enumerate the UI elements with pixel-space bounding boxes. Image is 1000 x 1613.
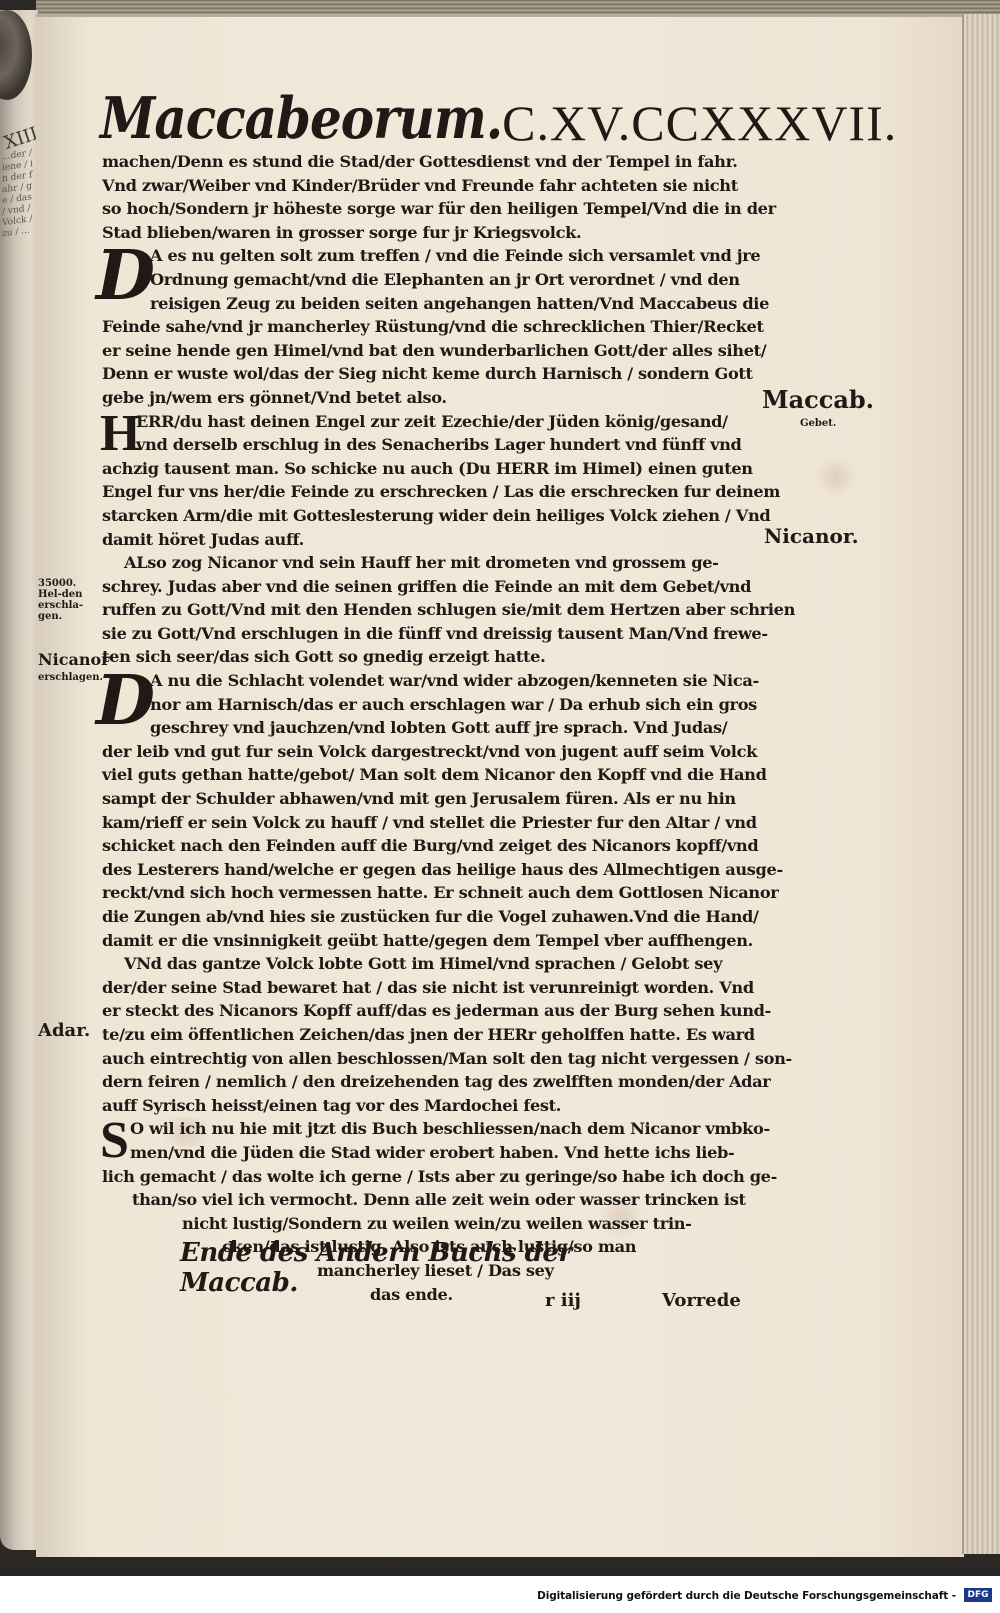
right-page-edges xyxy=(962,14,1000,1554)
text-line: nor am Harnisch/das er auch erschlagen w… xyxy=(102,693,742,717)
text-line: viel guts gethan hatte/gebot/ Man solt d… xyxy=(102,763,742,787)
text-line: dern feiren / nemlich / den dreizehenden… xyxy=(102,1070,742,1094)
dropcap-letter: H xyxy=(100,410,140,458)
text-line: schicket nach den Feinden auff die Burg/… xyxy=(102,834,742,858)
previous-page-curl: XIII ...der / iene / in der fahr / ge / … xyxy=(0,10,38,1550)
margin-note-nicanor: Nicanor. xyxy=(764,524,859,548)
paragraph-d2: D A nu die Schlacht volendet war/vnd wid… xyxy=(102,669,742,740)
folio-number: CCXXXVII. xyxy=(631,94,897,152)
text-line: damit höret Judas auff. xyxy=(102,528,742,552)
margin-note-gebet: Gebet. xyxy=(800,418,836,429)
running-head-title: Maccabeorum. xyxy=(100,84,502,152)
margin-note-adar: Adar. xyxy=(38,1020,90,1041)
text-line: machen/Denn es stund die Stad/der Gottes… xyxy=(102,150,742,174)
text-line: gebe jn/wem ers gönnet/Vnd betet also. xyxy=(102,386,742,410)
text-line: Feinde sahe/vnd jr mancherley Rüstung/vn… xyxy=(102,315,742,339)
end-of-book-title: Ende des Andern Buchs der Maccab. xyxy=(180,1238,640,1298)
paragraph-h: H ERR/du hast deinen Engel zur zeit Ezec… xyxy=(102,410,742,457)
text-line: der leib vnd gut fur sein Volck dargestr… xyxy=(102,740,742,764)
dropcap-letter: D xyxy=(96,242,155,310)
previous-page-text: ...der / iene / in der fahr / ge / das /… xyxy=(2,148,36,241)
text-line: A es nu gelten solt zum treffen / vnd di… xyxy=(102,244,742,268)
dropcap-letter: D xyxy=(96,667,155,735)
text-line: sampt der Schulder abhawen/vnd mit gen J… xyxy=(102,787,742,811)
text-line: so hoch/Sondern jr höheste sorge war für… xyxy=(102,197,742,221)
text-line: vnd derselb erschlug in des Senacheribs … xyxy=(102,433,742,457)
chapter-number: C.XV. xyxy=(502,94,631,152)
text-line: der/der seine Stad bewaret hat / das sie… xyxy=(102,976,742,1000)
text-line: geschrey vnd jauchzen/vnd lobten Gott au… xyxy=(102,716,742,740)
text-line: Stad blieben/waren in grosser sorge fur … xyxy=(102,221,742,245)
margin-note-killed-count: 35000. Hel-den erschla-gen. xyxy=(38,578,100,622)
signature-mark: r iij xyxy=(545,1290,581,1311)
text-line: des Lesterers hand/welche er gegen das h… xyxy=(102,858,742,882)
text-line: nicht lustig/Sondern zu weilen wein/zu w… xyxy=(102,1212,742,1236)
running-head: Maccabeorum. C.XV. CCXXXVII. xyxy=(100,82,870,152)
text-line: sie zu Gott/Vnd erschlugen in die fünff … xyxy=(102,622,742,646)
text-line: auch eintrechtig von allen beschlossen/M… xyxy=(102,1047,742,1071)
text-line: VNd das gantze Volck lobte Gott im Himel… xyxy=(102,952,742,976)
text-line: ten sich seer/das sich Gott so gnedig er… xyxy=(102,645,742,669)
text-line: O wil ich nu hie mit jtzt dis Buch besch… xyxy=(102,1117,742,1141)
text-line: auff Syrisch heisst/einen tag vor des Ma… xyxy=(102,1094,742,1118)
body-text: machen/Denn es stund die Stad/der Gottes… xyxy=(102,150,742,1306)
margin-note-nicanor-killed: Nicanor xyxy=(38,650,110,669)
text-line: schrey. Judas aber vnd die seinen griffe… xyxy=(102,575,742,599)
text-line: than/so viel ich vermocht. Denn alle zei… xyxy=(102,1188,742,1212)
margin-note-nicanor-killed-2: erschlagen. xyxy=(38,672,103,683)
text-line: damit er die vnsinnigkeit geübt hatte/ge… xyxy=(102,929,742,953)
text-line: er steckt des Nicanors Kopff auff/das es… xyxy=(102,999,742,1023)
dropcap-letter: S xyxy=(100,1117,129,1165)
paragraph-s: S O wil ich nu hie mit jtzt dis Buch bes… xyxy=(102,1117,742,1164)
paragraph-d1: D A es nu gelten solt zum treffen / vnd … xyxy=(102,244,742,315)
footer-credit: Digitalisierung gefördert durch die Deut… xyxy=(537,1590,956,1602)
catchword: Vorrede xyxy=(662,1290,741,1311)
text-line: kam/rieff er sein Volck zu hauff / vnd s… xyxy=(102,811,742,835)
text-line: te/zu eim öffentlichen Zeichen/das jnen … xyxy=(102,1023,742,1047)
text-line: achzig tausent man. So schicke nu auch (… xyxy=(102,457,742,481)
text-line: er seine hende gen Himel/vnd bat den wun… xyxy=(102,339,742,363)
text-line: ALso zog Nicanor vnd sein Hauff her mit … xyxy=(102,551,742,575)
margin-note-maccab: Maccab. xyxy=(762,385,874,414)
text-line: die Zungen ab/vnd hies sie zustücken fur… xyxy=(102,905,742,929)
text-line: A nu die Schlacht volendet war/vnd wider… xyxy=(102,669,742,693)
page-roll xyxy=(0,10,32,100)
text-line: ERR/du hast deinen Engel zur zeit Ezechi… xyxy=(102,410,742,434)
dfg-logo-icon: DFG xyxy=(964,1588,992,1602)
text-line: reckt/vnd sich hoch vermessen hatte. Er … xyxy=(102,881,742,905)
book-scan: XIII ...der / iene / in der fahr / ge / … xyxy=(0,0,1000,1570)
text-line: lich gemacht / das wolte ich gerne / Ist… xyxy=(102,1165,742,1189)
text-line: Ordnung gemacht/vnd die Elephanten an jr… xyxy=(102,268,742,292)
text-line: Engel fur vns her/die Feinde zu erschrec… xyxy=(102,480,742,504)
text-line: men/vnd die Jüden die Stad wider erobert… xyxy=(102,1141,742,1165)
text-line: starcken Arm/die mit Gotteslesterung wid… xyxy=(102,504,742,528)
text-line: ruffen zu Gott/Vnd mit den Henden schlug… xyxy=(102,598,742,622)
text-line: reisigen Zeug zu beiden seiten angehange… xyxy=(102,292,742,316)
text-line: Vnd zwar/Weiber vnd Kinder/Brüder vnd Fr… xyxy=(102,174,742,198)
text-line: Denn er wuste wol/das der Sieg nicht kem… xyxy=(102,362,742,386)
